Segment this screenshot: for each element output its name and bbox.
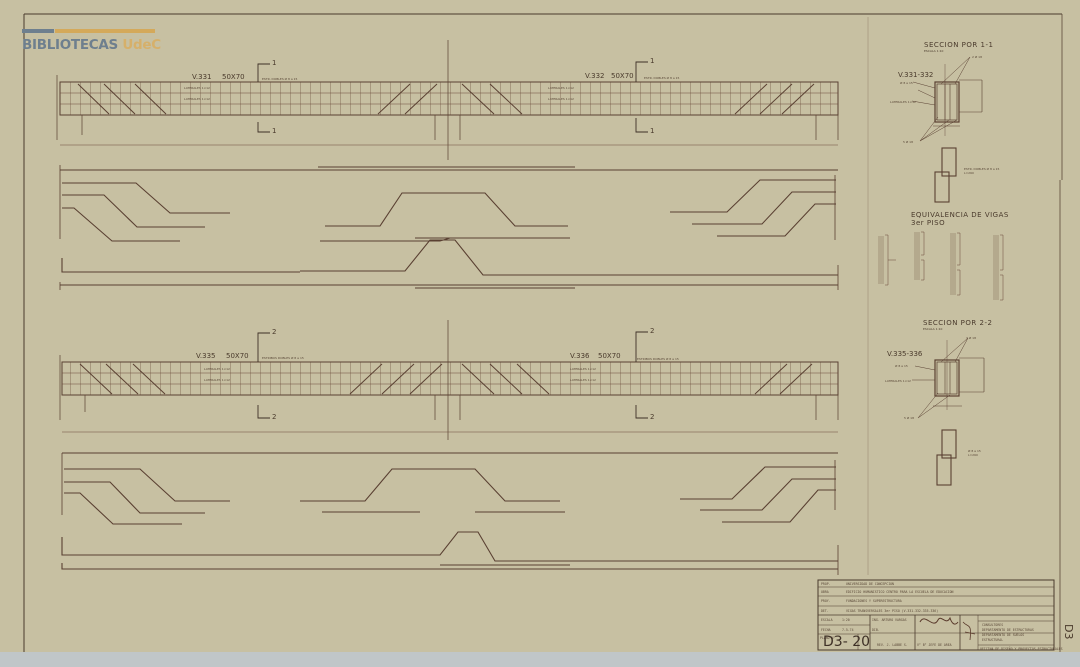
tb-escala-label: ESCALA [821,618,833,622]
beam-lateral-v336-b: LATERALES 1×12 [570,378,596,382]
equivalencia-title: EQUIVALENCIA DE VIGAS [911,211,1009,219]
tb-det-label: DET. [821,609,829,613]
section-2-2-scale: ESCALA 1:10 [923,327,942,331]
tb-calculo: ING. ARTURO VARGAS [872,618,907,622]
section-1-1-callout-lateral: LATERALES 1×12 [890,100,916,104]
sheet-side-code: D3 [1062,624,1075,639]
cut-marker-2b: 2 [272,413,276,421]
tb-office-3: DEPARTAMENTO DE SUELOS [982,633,1024,637]
tb-approval: V° B° JEFE DE AREA [917,643,952,647]
beam-size-v335: 50X70 [226,352,249,360]
drawing-sheet: BIBLIOTECAS UdeC V.331 50X70 ESTR. DOBLE… [0,0,1080,667]
beam-elevation-top [57,40,838,160]
bar-schedule-top [60,165,838,290]
section-1-1-callout-bottom: 5 Ø 18 [903,140,913,144]
cut-marker-2d: 2 [650,413,654,421]
equivalencia-subtitle: 3er PISO [911,219,945,227]
tb-prop-value: UNIVERSIDAD DE CONCEPCION [846,582,894,586]
beam-lateral-v332-a: LATERALES 1×12 [548,86,574,90]
beam-label-v336: V.336 [570,352,589,360]
section-2-2-callout-stirrup: Ø 8 a 15 [895,364,908,368]
tb-office-4: ESTRUCTURAL [982,638,1003,642]
section-1-1-scale: ESCALA 1:10 [924,49,943,53]
scan-edge [0,652,1080,667]
beam-size-v336: 50X70 [598,352,621,360]
section-1-1-title: SECCION POR 1-1 [924,41,993,49]
section-2-2-beam-label: V.335-336 [887,350,922,358]
section-2-2-title: SECCION POR 2-2 [923,319,992,327]
logo-bar-gold [55,29,155,33]
tb-escala-value: 1:20 [842,618,850,622]
beam-size-v332: 50X70 [611,72,634,80]
beam-lateral-v336-a: LATERALES 1×12 [570,367,596,371]
section-1-1-callout-top: 2 Ø 18 [972,55,982,59]
beam-note-v332: ESTR. DOBLES Ø 8 a 15 [644,76,679,80]
logo-bar-slate [22,29,54,33]
tb-prop-label: PROP. [821,582,831,586]
beam-lateral-v335-a: LATERALES 1×12 [204,367,230,371]
beam-size-v331: 50X70 [222,73,245,81]
section-2-2-callout-lateral: LATERALES 1×12 [885,379,911,383]
cut-marker-1b: 1 [272,127,276,135]
cut-marker-1c: 1 [650,57,654,65]
beam-note-v336: ESTRIBOS DOBLES Ø 8 a 15 [637,357,679,361]
section-1-1-beam-label: V.331-332 [898,71,933,79]
logo-brand-right: UdeC [122,37,161,53]
beam-note-v335: ESTRIBOS DOBLES Ø 8 a 15 [262,356,304,360]
section-2-2-stirrup-length: L=260 [968,453,978,457]
tb-office-2: DEPARTAMENTO DE ESTRUCTURAS [982,628,1034,632]
signature [920,618,958,624]
beam-note-v331: ESTR. DOBLES Ø 8 a 15 [262,77,297,81]
tb-obra-value: EDIFICIO HUMANISTICO CENTRO PARA LA ESCU… [846,590,953,594]
cut-marker-1d: 1 [650,127,654,135]
cut-marker-2a: 2 [272,328,276,336]
structural-drawing [0,0,1080,667]
tb-det-value: VIGAS TRANSVERSALES 3er PISO (V.331-332-… [846,609,938,613]
beam-label-v335: V.335 [196,352,215,360]
bar-schedule-bottom [62,453,838,575]
beam-lateral-v332-b: LATERALES 1×12 [548,97,574,101]
tb-office-1: CONSULTORES [982,623,1003,627]
tb-proy-value: FUNDACIONES Y SUPERESTRUCTURA [846,599,902,603]
section-1-1-callout-stirrup: Ø 8 a 15 [900,81,913,85]
beam-lateral-v331-a: LATERALES 1×12 [184,86,210,90]
logo-text: BIBLIOTECAS UdeC [22,37,161,53]
tb-proy-label: PROY. [821,599,831,603]
tb-footer: OFICINA DE DISEÑO Y PROYECTOS ESTRUCTURA… [980,647,1063,651]
logo-brand-left: BIBLIOTECAS [22,37,118,53]
equivalencia-table [885,232,1003,300]
section-1-1-stirrup-length: L=260 [964,171,974,175]
cut-marker-2c: 2 [650,327,654,335]
tb-dibujo: DIB. [872,628,880,632]
tb-fecha-label: FECHA [821,628,831,632]
tb-obra-label: OBRA [821,590,829,594]
beam-lateral-v335-b: LATERALES 1×12 [204,378,230,382]
tb-fecha-value: 7-5-74 [842,628,854,632]
tb-reviso: REV. J. LABBE S. [877,643,908,647]
section-2-2-callout-bottom: 5 Ø 18 [904,416,914,420]
sheet-number: D3- 20 [823,634,870,650]
beam-label-v332: V.332 [585,72,604,80]
section-2-2-callout-top: 3 Ø 18 [966,336,976,340]
beam-elevation-bottom [60,320,838,440]
cut-marker-1a: 1 [272,59,276,67]
beam-label-v331: V.331 [192,73,211,81]
beam-lateral-v331-b: LATERALES 1×12 [184,97,210,101]
section-2-2-drawing [912,338,984,485]
